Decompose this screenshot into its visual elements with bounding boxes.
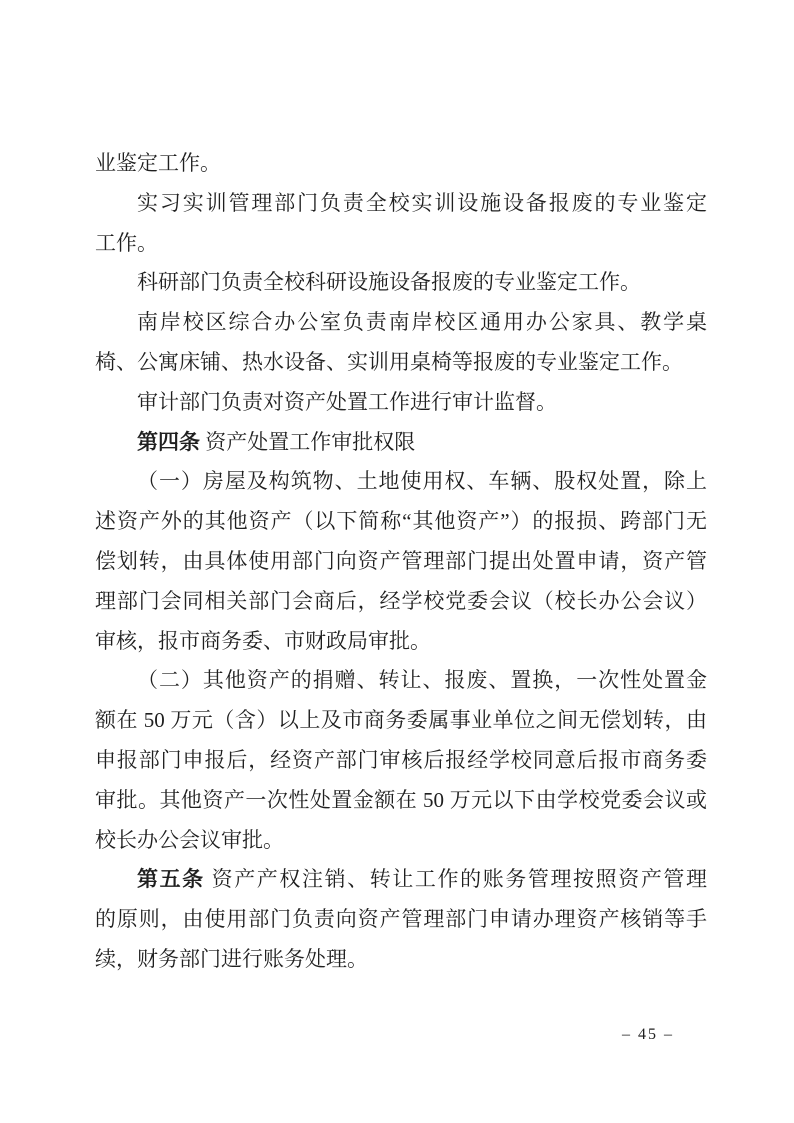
text-segment: 工作。 [95, 231, 158, 255]
text-line: （一）房屋及构筑物、土地使用权、车辆、股权处置，除上 [95, 462, 707, 502]
document-page: 业鉴定工作。实习实训管理部门负责全校实训设施设备报废的专业鉴定工作。科研部门负责… [0, 0, 794, 1123]
text-line: 述资产外的其他资产（以下简称“其他资产”）的报损、跨部门无 [95, 502, 707, 542]
text-line: 科研部门负责全校科研设施设备报废的专业鉴定工作。 [95, 263, 707, 303]
text-segment: 椅、公寓床铺、热水设备、实训用桌椅等报废的专业鉴定工作。 [95, 350, 683, 374]
text-segment: 校长办公会议审批。 [95, 828, 284, 852]
text-segment: 南岸校区综合办公室负责南岸校区通用办公家具、教学桌 [137, 310, 707, 334]
text-segment: 业鉴定工作。 [95, 151, 221, 175]
text-segment: 科研部门负责全校科研设施设备报废的专业鉴定工作。 [137, 270, 641, 294]
text-segment: （一）房屋及构筑物、土地使用权、车辆、股权处置，除上 [137, 469, 707, 493]
text-segment: 的原则，由使用部门负责向资产管理部门申请办理资产核销等手 [95, 907, 707, 931]
text-line: 审核，报市商务委、市财政局审批。 [95, 622, 707, 662]
text-line: 续，财务部门进行账务处理。 [95, 940, 707, 980]
text-segment: 额在 50 万元（含）以上及市商务委属事业单位之间无偿划转，由 [95, 708, 707, 732]
article-label: 第四条 [137, 430, 200, 454]
text-segment: 述资产外的其他资产（以下简称“其他资产”）的报损、跨部门无 [95, 509, 707, 533]
text-line: 校长办公会议审批。 [95, 821, 707, 861]
text-segment: 审计部门负责对资产处置工作进行审计监督。 [137, 390, 557, 414]
text-line: 第四条 资产处置工作审批权限 [95, 423, 707, 463]
text-line: 申报部门申报后，经资产部门审核后报经学校同意后报市商务委 [95, 741, 707, 781]
text-line: 偿划转，由具体使用部门向资产管理部门提出处置申请，资产管 [95, 542, 707, 582]
article-label: 第五条 [137, 867, 205, 891]
text-line: 审批。其他资产一次性处置金额在 50 万元以下由学校党委会议或 [95, 781, 707, 821]
text-line: 第五条 资产产权注销、转让工作的账务管理按照资产管理 [95, 860, 707, 900]
text-line: 理部门会同相关部门会商后，经学校党委会议（校长办公会议） [95, 582, 707, 622]
text-segment: 实习实训管理部门负责全校实训设施设备报废的专业鉴定 [137, 191, 707, 215]
text-line: （二）其他资产的捐赠、转让、报废、置换，一次性处置金 [95, 661, 707, 701]
text-line: 实习实训管理部门负责全校实训设施设备报废的专业鉴定 [95, 184, 707, 224]
text-line: 审计部门负责对资产处置工作进行审计监督。 [95, 383, 707, 423]
text-line: 额在 50 万元（含）以上及市商务委属事业单位之间无偿划转，由 [95, 701, 707, 741]
text-segment: 偿划转，由具体使用部门向资产管理部门提出处置申请，资产管 [95, 549, 707, 573]
document-body: 业鉴定工作。实习实训管理部门负责全校实训设施设备报废的专业鉴定工作。科研部门负责… [95, 144, 707, 980]
text-segment: 续，财务部门进行账务处理。 [95, 947, 368, 971]
text-line: 工作。 [95, 224, 707, 264]
text-segment: 审批。其他资产一次性处置金额在 50 万元以下由学校党委会议或 [95, 788, 707, 812]
text-line: 业鉴定工作。 [95, 144, 707, 184]
text-line: 椅、公寓床铺、热水设备、实训用桌椅等报废的专业鉴定工作。 [95, 343, 707, 383]
text-segment: 审核，报市商务委、市财政局审批。 [95, 629, 431, 653]
text-segment: 理部门会同相关部门会商后，经学校党委会议（校长办公会议） [95, 589, 707, 613]
page-number: – 45 – [622, 1026, 674, 1043]
text-line: 南岸校区综合办公室负责南岸校区通用办公家具、教学桌 [95, 303, 707, 343]
text-line: 的原则，由使用部门负责向资产管理部门申请办理资产核销等手 [95, 900, 707, 940]
text-segment: 资产产权注销、转让工作的账务管理按照资产管理 [205, 867, 707, 891]
text-segment: （二）其他资产的捐赠、转让、报废、置换，一次性处置金 [137, 668, 707, 692]
text-segment: 申报部门申报后，经资产部门审核后报经学校同意后报市商务委 [95, 748, 707, 772]
text-segment: 资产处置工作审批权限 [200, 430, 415, 454]
page-footer: – 45 – [622, 1026, 674, 1044]
